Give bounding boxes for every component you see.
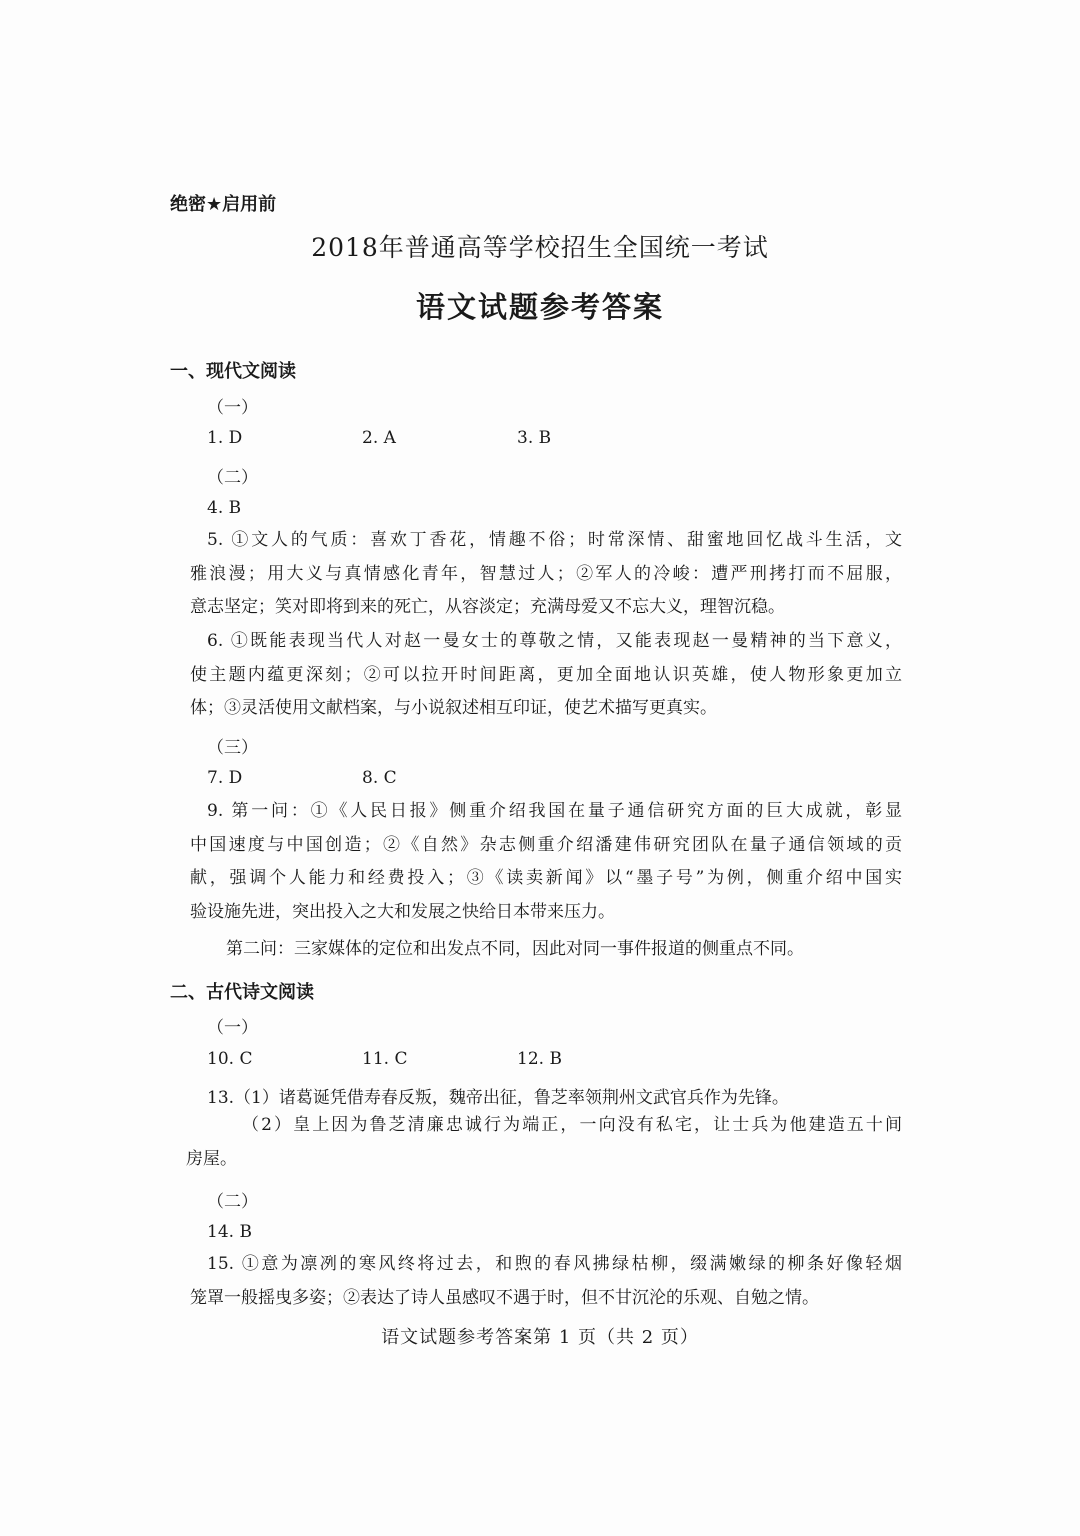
- answer-item: 14. B: [207, 1222, 252, 1242]
- text-line: 6. ①既能表现当代人对赵一曼女士的尊敬之情，又能表现赵一曼精神的当下意义，: [190, 625, 902, 659]
- section-heading-modern-reading: 一、现代文阅读: [170, 357, 296, 383]
- answer-paragraph-q9-part2: 第二问：三家媒体的定位和出发点不同，因此对同一事件报道的侧重点不同。: [226, 934, 804, 959]
- answer-item: 7. D: [207, 768, 242, 788]
- answer-item: 3. B: [517, 428, 551, 448]
- answer-paragraph-q15: 15. ①意为凛冽的寒风终将过去，和煦的春风拂绿枯柳，缀满嫩绿的柳条好像轻烟 笼…: [190, 1248, 902, 1315]
- answer-item: 12. B: [517, 1049, 562, 1069]
- answer-key-page: 绝密★启用前 2018年普通高等学校招生全国统一考试 语文试题参考答案 一、现代…: [0, 0, 1080, 1536]
- text-line: 雅浪漫；用大义与真情感化青年，智慧过人；②军人的冷峻：遭严刑拷打而不屈服，: [190, 558, 902, 592]
- text-line: 中国速度与中国创造；②《自然》杂志侧重介绍潘建伟研究团队在量子通信领域的贡: [190, 829, 902, 863]
- answer-paragraph-q13-1: 13.（1）诸葛诞凭借寿春反叛，魏帝出征，鲁芝率领荆州文武官兵作为先锋。: [207, 1083, 789, 1108]
- answer-paragraph-q9: 9. 第一问：①《人民日报》侧重介绍我国在量子通信研究方面的巨大成就，彰显 中国…: [190, 795, 902, 929]
- part-label: （二）: [207, 1187, 258, 1212]
- page-footer: 语文试题参考答案第 1 页（共 2 页）: [0, 1323, 1080, 1349]
- answer-item: 10. C: [207, 1049, 252, 1069]
- text-line: （2）皇上因为鲁芝清廉忠诚行为端正，一向没有私宅，让士兵为他建造五十间: [190, 1109, 902, 1143]
- answer-paragraph-q5: 5. ①文人的气质：喜欢丁香花，情趣不俗；时常深情、甜蜜地回忆战斗生活，文 雅浪…: [190, 524, 902, 625]
- part-label: （一）: [207, 393, 258, 418]
- text-line: 5. ①文人的气质：喜欢丁香花，情趣不俗；时常深情、甜蜜地回忆战斗生活，文: [190, 524, 902, 558]
- answer-item: 1. D: [207, 428, 242, 448]
- text-line: 验设施先进，突出投入之大和发展之快给日本带来压力。: [190, 896, 902, 930]
- part-label: （一）: [207, 1013, 258, 1038]
- answer-item: 2. A: [362, 428, 396, 448]
- document-title: 语文试题参考答案: [0, 285, 1080, 326]
- text-line: 体；③灵活使用文献档案，与小说叙述相互印证，使艺术描写更真实。: [190, 692, 902, 726]
- answer-item: 8. C: [362, 768, 397, 788]
- section-heading-classical-reading: 二、古代诗文阅读: [170, 978, 314, 1004]
- answer-paragraph-q13-2: （2）皇上因为鲁芝清廉忠诚行为端正，一向没有私宅，让士兵为他建造五十间 房屋。: [190, 1109, 902, 1176]
- text-line: 意志坚定；笑对即将到来的死亡，从容淡定；充满母爱又不忘大义，理智沉稳。: [190, 591, 902, 625]
- answer-item: 4. B: [207, 498, 241, 518]
- confidential-mark: 绝密★启用前: [170, 190, 276, 216]
- text-line: 使主题内蕴更深刻；②可以拉开时间距离，更加全面地认识英雄，使人物形象更加立: [190, 659, 902, 693]
- answer-paragraph-q6: 6. ①既能表现当代人对赵一曼女士的尊敬之情，又能表现赵一曼精神的当下意义， 使…: [190, 625, 902, 726]
- text-line: 房屋。: [186, 1143, 902, 1177]
- part-label: （二）: [207, 463, 258, 488]
- part-label: （三）: [207, 733, 258, 758]
- text-line: 笼罩一般摇曳多姿；②表达了诗人虽感叹不遇于时，但不甘沉沦的乐观、自勉之情。: [190, 1282, 902, 1316]
- answer-item: 11. C: [362, 1049, 407, 1069]
- text-line: 献，强调个人能力和经费投入；③《读卖新闻》以“墨子号”为例，侧重介绍中国实: [190, 862, 902, 896]
- text-line: 15. ①意为凛冽的寒风终将过去，和煦的春风拂绿枯柳，缀满嫩绿的柳条好像轻烟: [190, 1248, 902, 1282]
- exam-title: 2018年普通高等学校招生全国统一考试: [0, 228, 1080, 264]
- text-line: 9. 第一问：①《人民日报》侧重介绍我国在量子通信研究方面的巨大成就，彰显: [190, 795, 902, 829]
